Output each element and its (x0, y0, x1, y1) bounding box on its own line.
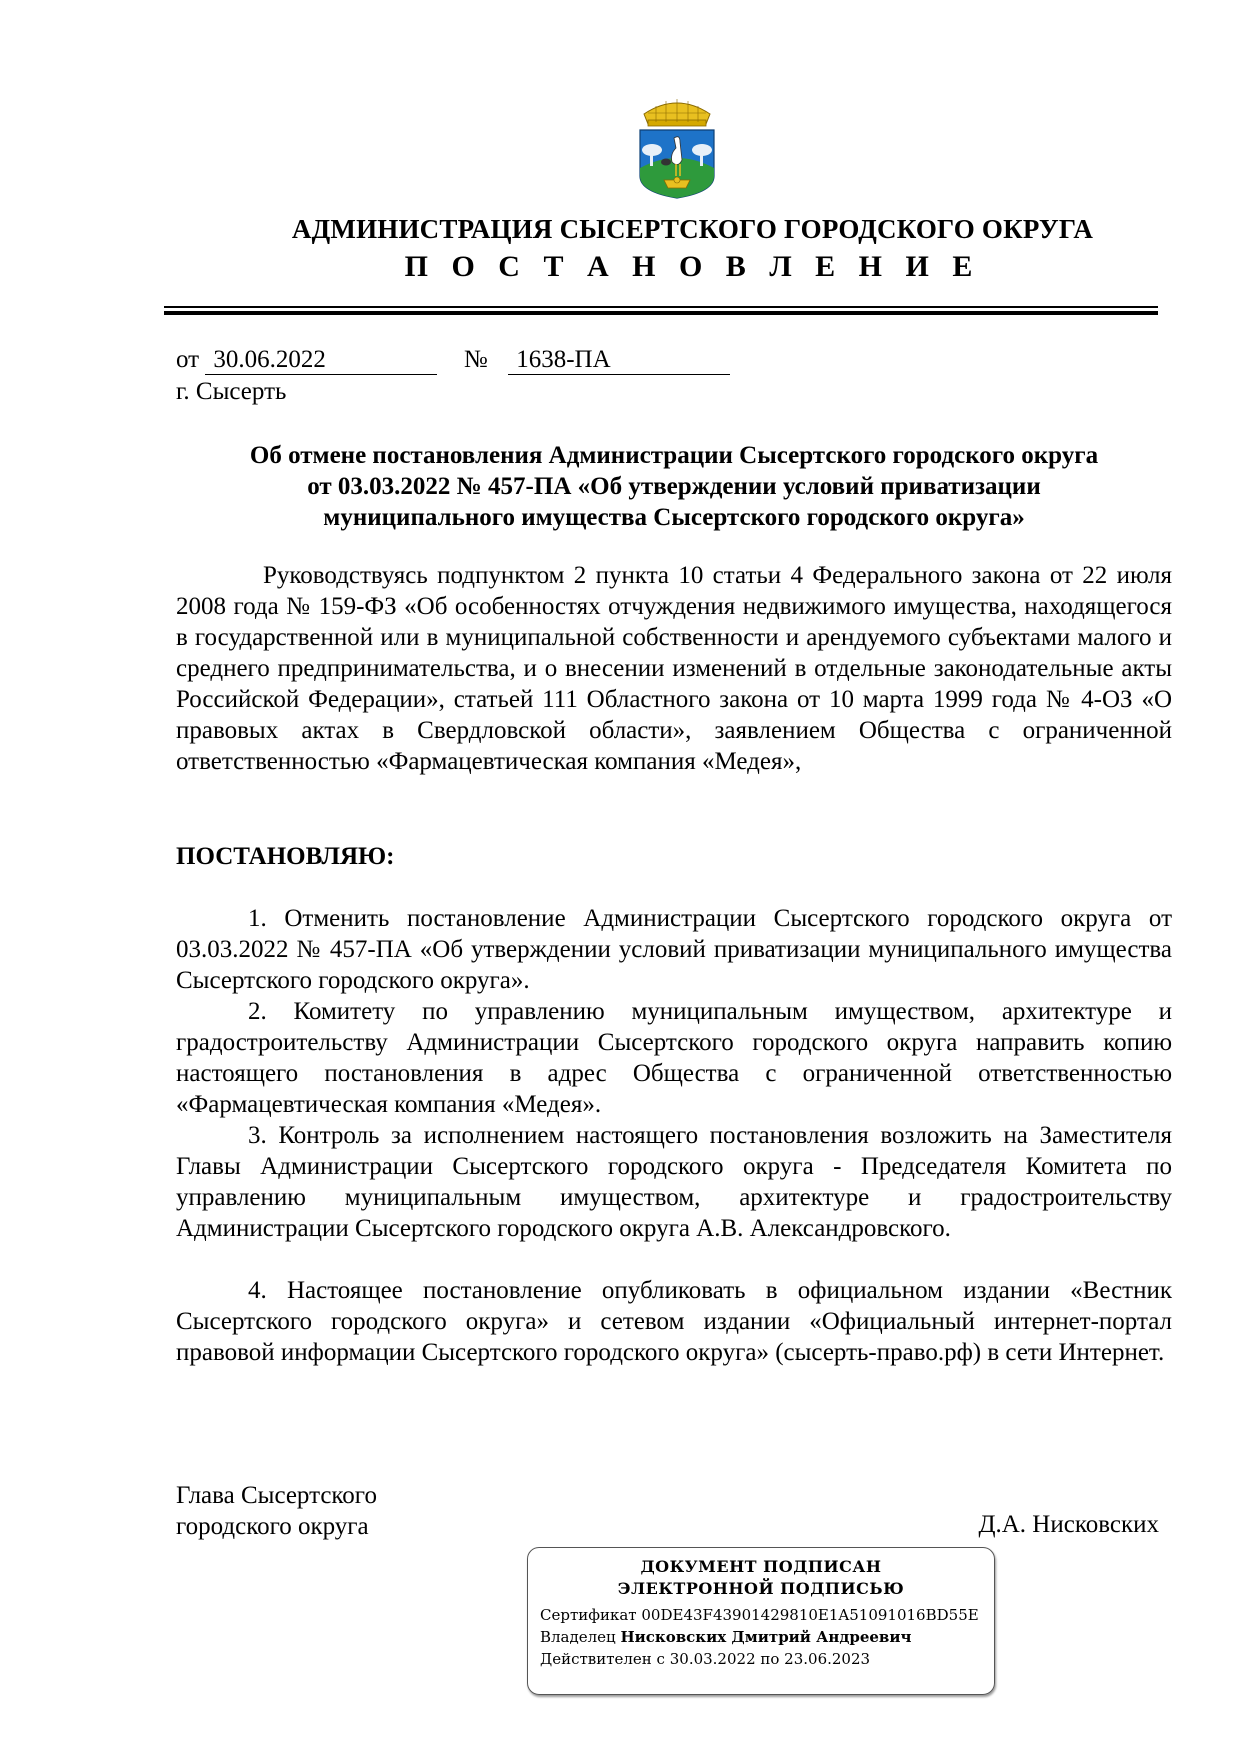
title-line: Об отмене постановления Администрации Сы… (176, 440, 1172, 471)
stamp-heading-line: ДОКУМЕНТ ПОДПИСАН (528, 1556, 994, 1578)
organization-name: АДМИНИСТРАЦИЯ СЫСЕРТСКОГО ГОРОДСКОГО ОКР… (0, 214, 1241, 245)
document-date: 30.06.2022 (205, 346, 437, 375)
city: г. Сысерть (176, 378, 286, 406)
coat-of-arms-icon (636, 88, 718, 200)
header-divider-thin (164, 306, 1158, 308)
title-line: от 03.03.2022 № 457-ПА «Об утверждении у… (176, 471, 1172, 502)
number-prefix: № (464, 346, 488, 373)
document-meta: от 30.06.2022 № 1638-ПА (176, 346, 730, 375)
owner-value: Нисковских Дмитрий Андреевич (620, 1628, 911, 1646)
decree-item-1: 1. Отменить постановление Администрации … (176, 903, 1172, 996)
decree-label: ПОСТАНОВЛЯЮ: (176, 843, 395, 871)
document-title: Об отмене постановления Администрации Сы… (176, 440, 1172, 533)
stamp-heading: ДОКУМЕНТ ПОДПИСАН ЭЛЕКТРОННОЙ ПОДПИСЬЮ (528, 1556, 994, 1600)
document-number: 1638-ПА (508, 346, 730, 375)
stamp-heading-line: ЭЛЕКТРОННОЙ ПОДПИСЬЮ (528, 1578, 994, 1600)
certificate-label: Сертификат (540, 1606, 637, 1624)
decree-item-2: 2. Комитету по управлению муниципальным … (176, 996, 1172, 1120)
certificate-value: 00DE43F43901429810E1A51091016BD55E (641, 1606, 978, 1624)
stamp-validity: Действителен с 30.03.2022 по 23.06.2023 (528, 1648, 994, 1670)
title-line: муниципального имущества Сысертского гор… (176, 502, 1172, 533)
date-prefix: от (176, 346, 199, 373)
stamp-certificate: Сертификат 00DE43F43901429810E1A51091016… (528, 1604, 994, 1626)
signatory-name: Д.А. Нисковских (978, 1511, 1159, 1539)
signatory-position: Глава Сысертского городского округа (176, 1480, 377, 1542)
owner-label: Владелец (540, 1628, 616, 1646)
position-line: городского округа (176, 1511, 377, 1542)
decree-item-3: 3. Контроль за исполнением настоящего по… (176, 1120, 1172, 1244)
preamble: Руководствуясь подпунктом 2 пункта 10 ст… (176, 560, 1172, 777)
position-line: Глава Сысертского (176, 1480, 377, 1511)
stamp-owner: Владелец Нисковских Дмитрий Андреевич (528, 1626, 994, 1648)
header-divider-thick (164, 311, 1158, 315)
document-type: П О С Т А Н О В Л Е Н И Е (0, 250, 1241, 284)
decree-item-4: 4. Настоящее постановление опубликовать … (176, 1275, 1172, 1368)
electronic-signature-stamp: ДОКУМЕНТ ПОДПИСАН ЭЛЕКТРОННОЙ ПОДПИСЬЮ С… (527, 1547, 995, 1695)
